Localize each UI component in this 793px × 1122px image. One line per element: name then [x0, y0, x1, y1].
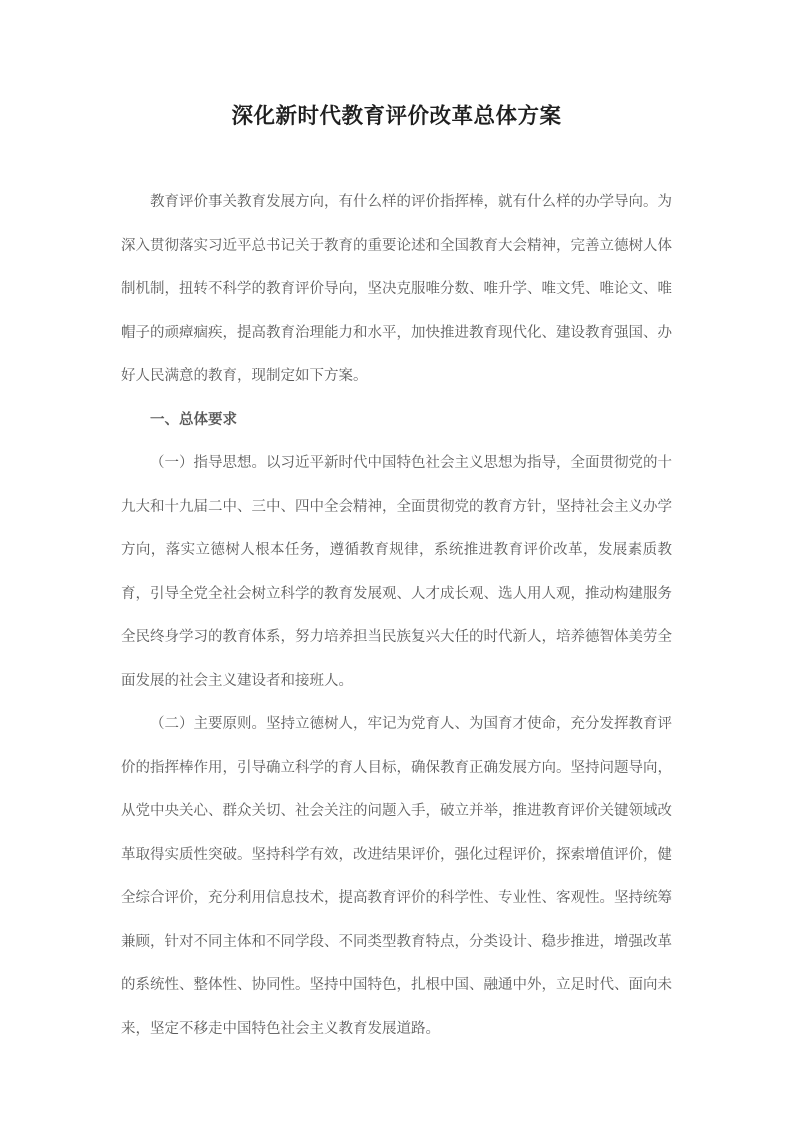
document-page: 深化新时代教育评价改革总体方案 教育评价事关教育发展方向，有什么样的评价指挥棒，… [0, 0, 793, 1122]
paragraph-guiding-ideology: （一）指导思想。以习近平新时代中国特色社会主义思想为指导，全面贯彻党的十九大和十… [121, 442, 672, 703]
paragraph-main-principles: （二）主要原则。坚持立德树人，牢记为党育人、为国育才使命，充分发挥教育评价的指挥… [121, 703, 672, 1051]
document-title: 深化新时代教育评价改革总体方案 [121, 103, 672, 131]
document-body: 教育评价事关教育发展方向，有什么样的评价指挥棒，就有什么样的办学导向。为深入贯彻… [121, 181, 672, 1051]
section-heading-overall-requirements: 一、总体要求 [121, 399, 672, 443]
paragraph-intro: 教育评价事关教育发展方向，有什么样的评价指挥棒，就有什么样的办学导向。为深入贯彻… [121, 181, 672, 399]
